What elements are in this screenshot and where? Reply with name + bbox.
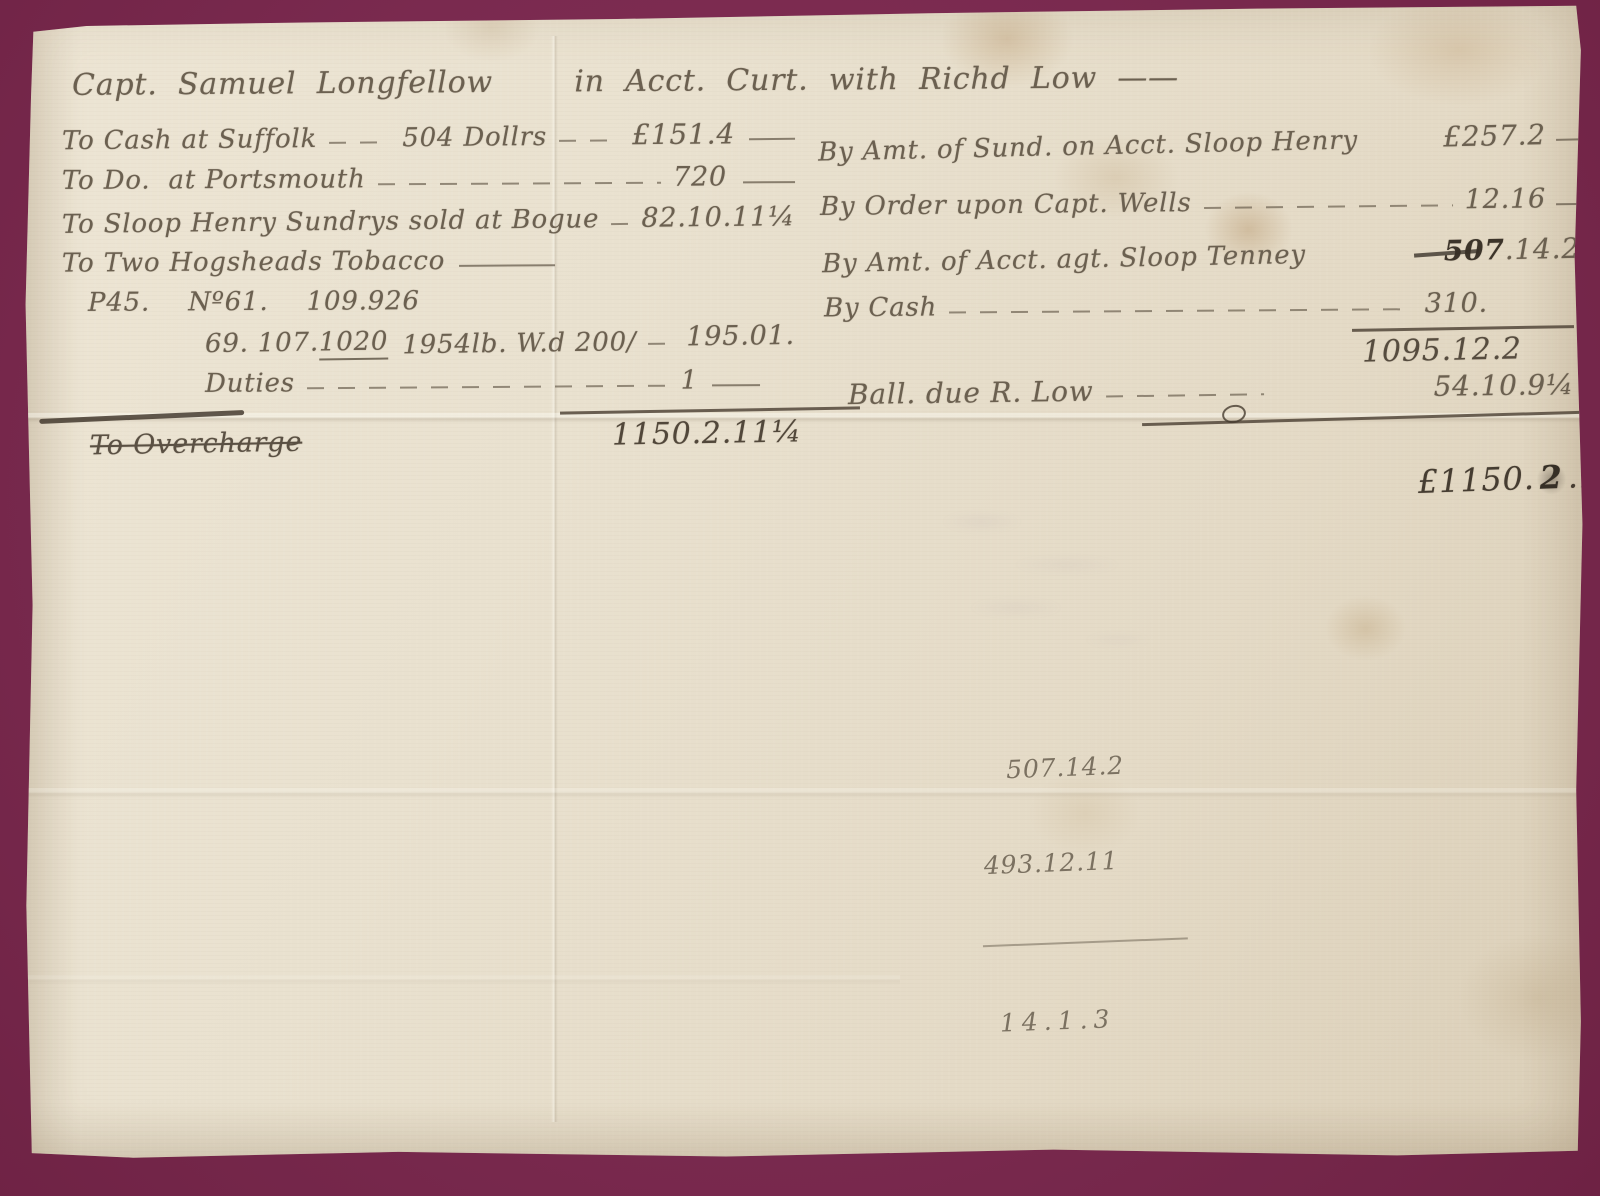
debit-row-cash-suffolk: To Cash at Suffolk 504 Dollrs £151.4 [62,117,795,156]
trailing-dash [712,384,760,386]
entry-amount: .14.2 [1504,232,1580,266]
memo-weight-rate: 1954lb. W.d 200/ [402,327,637,360]
horizontal-fold-crease [24,975,900,985]
entry-description: To Cash at Suffolk [62,124,317,156]
entry-amount: 720 [673,161,727,192]
entry-amount: £151.4 [632,117,735,151]
leader-dashes [559,139,620,142]
leader-dashes [649,343,675,345]
credit-row-order-capt-wells: By Order upon Capt. Wells 12.16 [820,183,1578,222]
debit-row-hogsheads-tobacco: To Two Hogsheads Tobacco [62,245,532,278]
credit-row-acct-sloop-tenney: By Amt. of Acct. agt. Sloop Tenney 507 .… [822,232,1580,280]
trailing-dash [743,181,795,183]
strike-scribble [39,410,244,424]
scanned-manuscript-page: { "colors": { "background": "#7a2a4f", "… [0,0,1600,1196]
entry-description: Ball. due R. Low [848,375,1094,411]
total-shillings-overwritten: 2 [1534,458,1568,497]
entry-description: By Cash [824,293,937,324]
debit-row-portsmouth: To Do. at Portsmouth 720 [62,161,795,196]
entry-amount: 1 [681,365,699,395]
pencil-subtraction-note: 507.14.2 493.12.11 14.1.3 [977,690,1207,1096]
memo-underlined-number: 1020 [319,327,389,361]
leader-dashes [1106,393,1264,397]
pencil-difference: 14.1.3 [999,1001,1205,1038]
debit-sum-rule [560,406,860,414]
pencil-minuend: 507.14.2 [1006,748,1196,784]
trailing-dash [1556,203,1578,205]
entry-description: Duties [205,368,295,399]
manuscript-content: Capt. Samuel Longfellow in Acct. Curt. w… [24,4,1584,1160]
spacer [1358,146,1443,148]
credit-total: £1150.2.11¼ [1350,417,1584,541]
debit-memo-tobacco-weight: 69. 107. 1020 1954lb. W.d 200/ 195.01. [205,320,795,362]
entry-amount: £257.2 [1443,118,1547,153]
ink-show-through-ghost [880,468,1220,683]
trailing-dash [1556,138,1580,141]
entry-amount: 54.10.9¼ [1433,368,1574,403]
entry-description: To Sloop Henry Sundrys sold at Bogue [62,204,600,240]
entry-amount: 310. [1425,288,1489,319]
entry-quantity: 504 Dollrs [402,122,547,153]
spacer [1276,396,1434,398]
entry-description: By Amt. of Sund. on Acct. Sloop Henry [818,125,1358,167]
pencil-subtrahend: 493.12.11 [983,843,1199,880]
total-pence: .11¼ [1567,455,1584,496]
leader-dashes [329,141,390,144]
account-title: Capt. Samuel Longfellow in Acct. Curt. w… [72,60,1179,103]
debit-row-duties: Duties 1 [205,365,760,399]
trailing-dash [459,264,555,267]
horizontal-fold-crease [24,788,1584,798]
entry-amount-corrected: 507 [1444,233,1505,267]
entry-amount: 12.16 [1465,183,1547,215]
manuscript-paper: Capt. Samuel Longfellow in Acct. Curt. w… [24,4,1584,1160]
credit-subtotal: 1095.12.2 [1362,331,1523,369]
entry-amount: 82.10.11¼ [641,201,795,234]
total-pounds: £1150. [1417,459,1535,501]
vertical-fold-crease [551,36,558,1122]
leader-dashes [307,385,669,390]
credit-row-cash: By Cash 310. [824,288,1488,324]
entry-description: By Amt. of Acct. agt. Sloop Tenney [822,240,1306,279]
entry-description: To Two Hogsheads Tobacco [62,246,445,279]
debit-row-sloop-henry: To Sloop Henry Sundrys sold at Bogue 82.… [62,201,795,240]
debit-row-overcharge-struck: To Overcharge [33,396,304,525]
memo-numbers: 69. 107. [205,328,319,360]
leader-dashes [949,308,1413,313]
spacer [1306,260,1444,263]
credit-sum-rule [1352,325,1574,331]
credit-row-balance-due: Ball. due R. Low 54.10.9¼ [848,368,1574,411]
entry-description: By Order upon Capt. Wells [820,188,1192,222]
leader-dashes [611,222,629,224]
trailing-dash [749,137,795,139]
leader-dashes [378,181,661,184]
debit-memo-weights: P45. Nº61. 109.926 [88,286,420,318]
credit-row-sund-sloop-henry: By Amt. of Sund. on Acct. Sloop Henry £2… [818,117,1581,167]
entry-amount: 195.01. [686,320,795,353]
entry-description: To Do. at Portsmouth [62,164,366,196]
debit-total: 1150.2.11¼ [612,414,802,452]
leader-dashes [1204,204,1453,209]
pencil-sum-rule [983,937,1188,947]
struck-entry-description: To Overcharge [90,427,303,462]
